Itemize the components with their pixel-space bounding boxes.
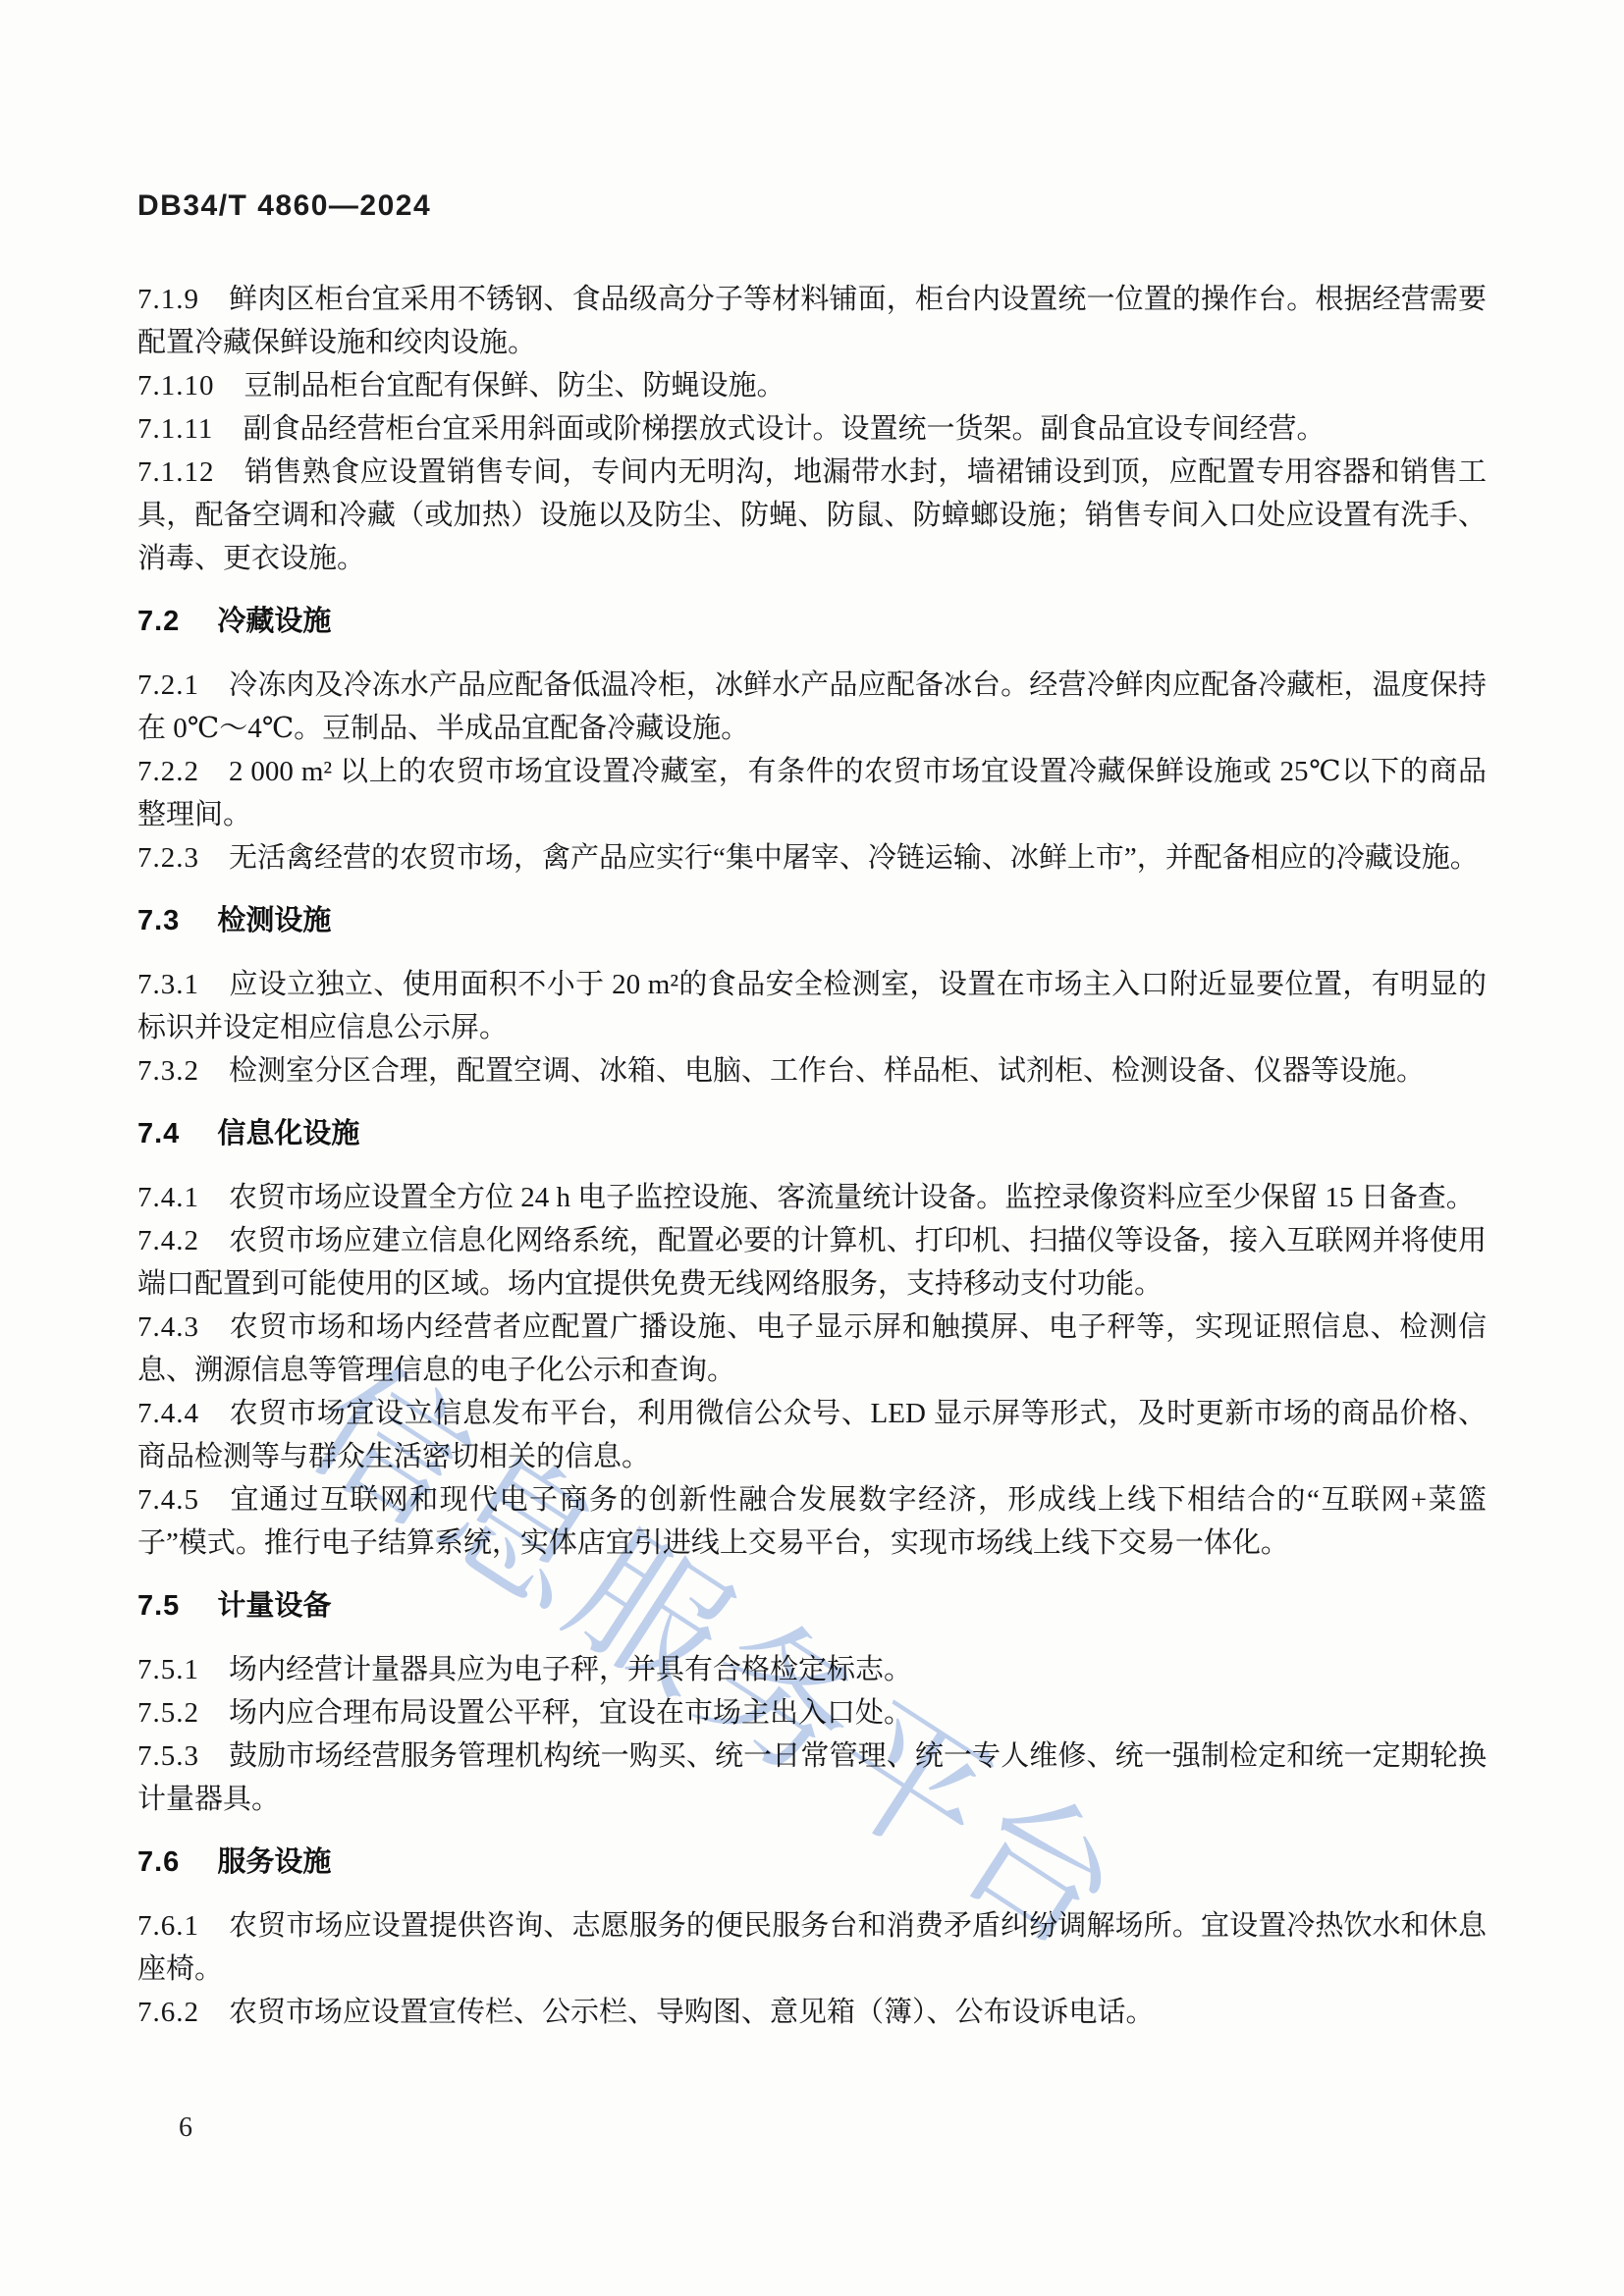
section-heading: 7.6服务设施 [137, 1841, 1487, 1884]
clause-number: 7.2.1 [137, 669, 199, 701]
clause: 7.4.5宜通过互联网和现代电子商务的创新性融合发展数字经济，形成线上线下相结合… [137, 1478, 1487, 1565]
standard-number-header: DB34/T 4860—2024 [137, 189, 431, 223]
clause: 7.3.2检测室分区合理，配置空调、冰箱、电脑、工作台、样品柜、试剂柜、检测设备… [137, 1049, 1487, 1093]
clause-number: 7.2.3 [137, 842, 199, 874]
clause-number: 7.6.1 [137, 1910, 199, 1942]
clause-number: 7.3.2 [137, 1055, 199, 1087]
clause-number: 7.5.2 [137, 1697, 199, 1729]
clause-text: 2 000 m² 以上的农贸市场宜设置冷藏室，有条件的农贸市场宜设置冷藏保鲜设施… [137, 756, 1487, 830]
document-page: DB34/T 4860—2024 7.1.9鲜肉区柜台宜采用不锈钢、食品级高分子… [0, 0, 1624, 2296]
section-title: 信息化设施 [217, 1118, 359, 1149]
clause: 7.1.10豆制品柜台宜配有保鲜、防尘、防蝇设施。 [137, 364, 1487, 407]
clause-text: 农贸市场应建立信息化网络系统，配置必要的计算机、打印机、扫描仪等设备，接入互联网… [137, 1225, 1487, 1300]
clause: 7.3.1应设立独立、使用面积不小于 20 m²的食品安全检测室，设置在市场主入… [137, 963, 1487, 1049]
clause-text: 农贸市场应设置宣传栏、公示栏、导购图、意见箱（簿）、公布设诉电话。 [229, 1997, 1155, 2028]
section-title: 服务设施 [217, 1846, 331, 1878]
clause-text: 应设立独立、使用面积不小于 20 m²的食品安全检测室，设置在市场主入口附近显要… [137, 969, 1487, 1043]
clause-text: 农贸市场宜设立信息发布平台，利用微信公众号、LED 显示屏等形式，及时更新市场的… [137, 1398, 1487, 1472]
clause: 7.6.2农贸市场应设置宣传栏、公示栏、导购图、意见箱（簿）、公布设诉电话。 [137, 1991, 1487, 2034]
page-number: 6 [179, 2112, 192, 2144]
clause: 7.5.3鼓励市场经营服务管理机构统一购买、统一日常管理、统一专人维修、统一强制… [137, 1735, 1487, 1821]
clause: 7.4.4农贸市场宜设立信息发布平台，利用微信公众号、LED 显示屏等形式，及时… [137, 1392, 1487, 1478]
clause: 7.1.12销售熟食应设置销售专间，专间内无明沟，地漏带水封，墙裙铺设到顶，应配… [137, 451, 1487, 580]
clause: 7.1.11副食品经营柜台宜采用斜面或阶梯摆放式设计。设置统一货架。副食品宜设专… [137, 407, 1487, 451]
clause: 7.2.22 000 m² 以上的农贸市场宜设置冷藏室，有条件的农贸市场宜设置冷… [137, 750, 1487, 836]
section-number: 7.4 [137, 1118, 180, 1149]
clause-text: 副食品经营柜台宜采用斜面或阶梯摆放式设计。设置统一货架。副食品宜设专间经营。 [243, 413, 1325, 445]
clause-number: 7.4.3 [137, 1311, 199, 1343]
clause-number: 7.1.10 [137, 370, 215, 401]
clause-text: 冷冻肉及冷冻水产品应配备低温冷柜，冰鲜水产品应配备冰台。经营冷鲜肉应配备冷藏柜，… [137, 669, 1487, 744]
section-title: 检测设施 [217, 905, 331, 936]
clause-number: 7.4.5 [137, 1484, 199, 1516]
clause: 7.4.1农贸市场应设置全方位 24 h 电子监控设施、客流量统计设备。监控录像… [137, 1176, 1487, 1219]
section-number: 7.3 [137, 905, 180, 936]
clause-number: 7.2.2 [137, 756, 199, 787]
clause-number: 7.1.12 [137, 456, 215, 488]
clause-number: 7.6.2 [137, 1997, 199, 2028]
clause-number: 7.4.4 [137, 1398, 199, 1429]
clause-text: 鼓励市场经营服务管理机构统一购买、统一日常管理、统一专人维修、统一强制检定和统一… [137, 1740, 1487, 1815]
clause-text: 农贸市场和场内经营者应配置广播设施、电子显示屏和触摸屏、电子秤等，实现证照信息、… [137, 1311, 1487, 1386]
clause-text: 场内经营计量器具应为电子秤，并具有合格检定标志。 [229, 1654, 912, 1685]
clause-text: 农贸市场应设置提供咨询、志愿服务的便民服务台和消费矛盾纠纷调解场所。宜设置冷热饮… [137, 1910, 1487, 1985]
clause-text: 豆制品柜台宜配有保鲜、防尘、防蝇设施。 [244, 370, 785, 401]
clause-text: 检测室分区合理，配置空调、冰箱、电脑、工作台、样品柜、试剂柜、检测设备、仪器等设… [229, 1055, 1425, 1087]
clause: 7.5.2场内应合理布局设置公平秤，宜设在市场主出入口处。 [137, 1691, 1487, 1735]
clause: 7.4.3农贸市场和场内经营者应配置广播设施、电子显示屏和触摸屏、电子秤等，实现… [137, 1306, 1487, 1392]
section-number: 7.6 [137, 1846, 180, 1878]
section-title: 计量设备 [217, 1590, 331, 1622]
document-body: 7.1.9鲜肉区柜台宜采用不锈钢、食品级高分子等材料铺面，柜台内设置统一位置的操… [0, 278, 1624, 2034]
section-heading: 7.3检测设施 [137, 899, 1487, 942]
clause-text: 鲜肉区柜台宜采用不锈钢、食品级高分子等材料铺面，柜台内设置统一位置的操作台。根据… [137, 284, 1487, 358]
clause-number: 7.3.1 [137, 969, 199, 1000]
section-number: 7.5 [137, 1590, 180, 1622]
clause: 7.2.1冷冻肉及冷冻水产品应配备低温冷柜，冰鲜水产品应配备冰台。经营冷鲜肉应配… [137, 664, 1487, 750]
section-heading: 7.2冷藏设施 [137, 600, 1487, 643]
clause: 7.4.2农贸市场应建立信息化网络系统，配置必要的计算机、打印机、扫描仪等设备，… [137, 1219, 1487, 1306]
clause: 7.6.1农贸市场应设置提供咨询、志愿服务的便民服务台和消费矛盾纠纷调解场所。宜… [137, 1904, 1487, 1991]
clause-text: 农贸市场应设置全方位 24 h 电子监控设施、客流量统计设备。监控录像资料应至少… [229, 1182, 1475, 1213]
clause-number: 7.1.9 [137, 284, 199, 315]
clause-text: 无活禽经营的农贸市场，禽产品应实行“集中屠宰、冷链运输、冰鲜上市”，并配备相应的… [229, 842, 1479, 874]
clause-number: 7.5.1 [137, 1654, 199, 1685]
clause-text: 销售熟食应设置销售专间，专间内无明沟，地漏带水封，墙裙铺设到顶，应配置专用容器和… [137, 456, 1487, 574]
clause: 7.1.9鲜肉区柜台宜采用不锈钢、食品级高分子等材料铺面，柜台内设置统一位置的操… [137, 278, 1487, 364]
clause-text: 宜通过互联网和现代电子商务的创新性融合发展数字经济，形成线上线下相结合的“互联网… [137, 1484, 1487, 1559]
clause-number: 7.4.1 [137, 1182, 199, 1213]
section-heading: 7.5计量设备 [137, 1584, 1487, 1628]
clause-number: 7.4.2 [137, 1225, 199, 1256]
clause: 7.5.1场内经营计量器具应为电子秤，并具有合格检定标志。 [137, 1648, 1487, 1691]
clause-number: 7.5.3 [137, 1740, 199, 1772]
section-title: 冷藏设施 [217, 606, 331, 637]
section-heading: 7.4信息化设施 [137, 1112, 1487, 1155]
section-number: 7.2 [137, 606, 180, 637]
clause-number: 7.1.11 [137, 413, 213, 445]
clause-text: 场内应合理布局设置公平秤，宜设在市场主出入口处。 [229, 1697, 912, 1729]
clause: 7.2.3无活禽经营的农贸市场，禽产品应实行“集中屠宰、冷链运输、冰鲜上市”，并… [137, 836, 1487, 880]
